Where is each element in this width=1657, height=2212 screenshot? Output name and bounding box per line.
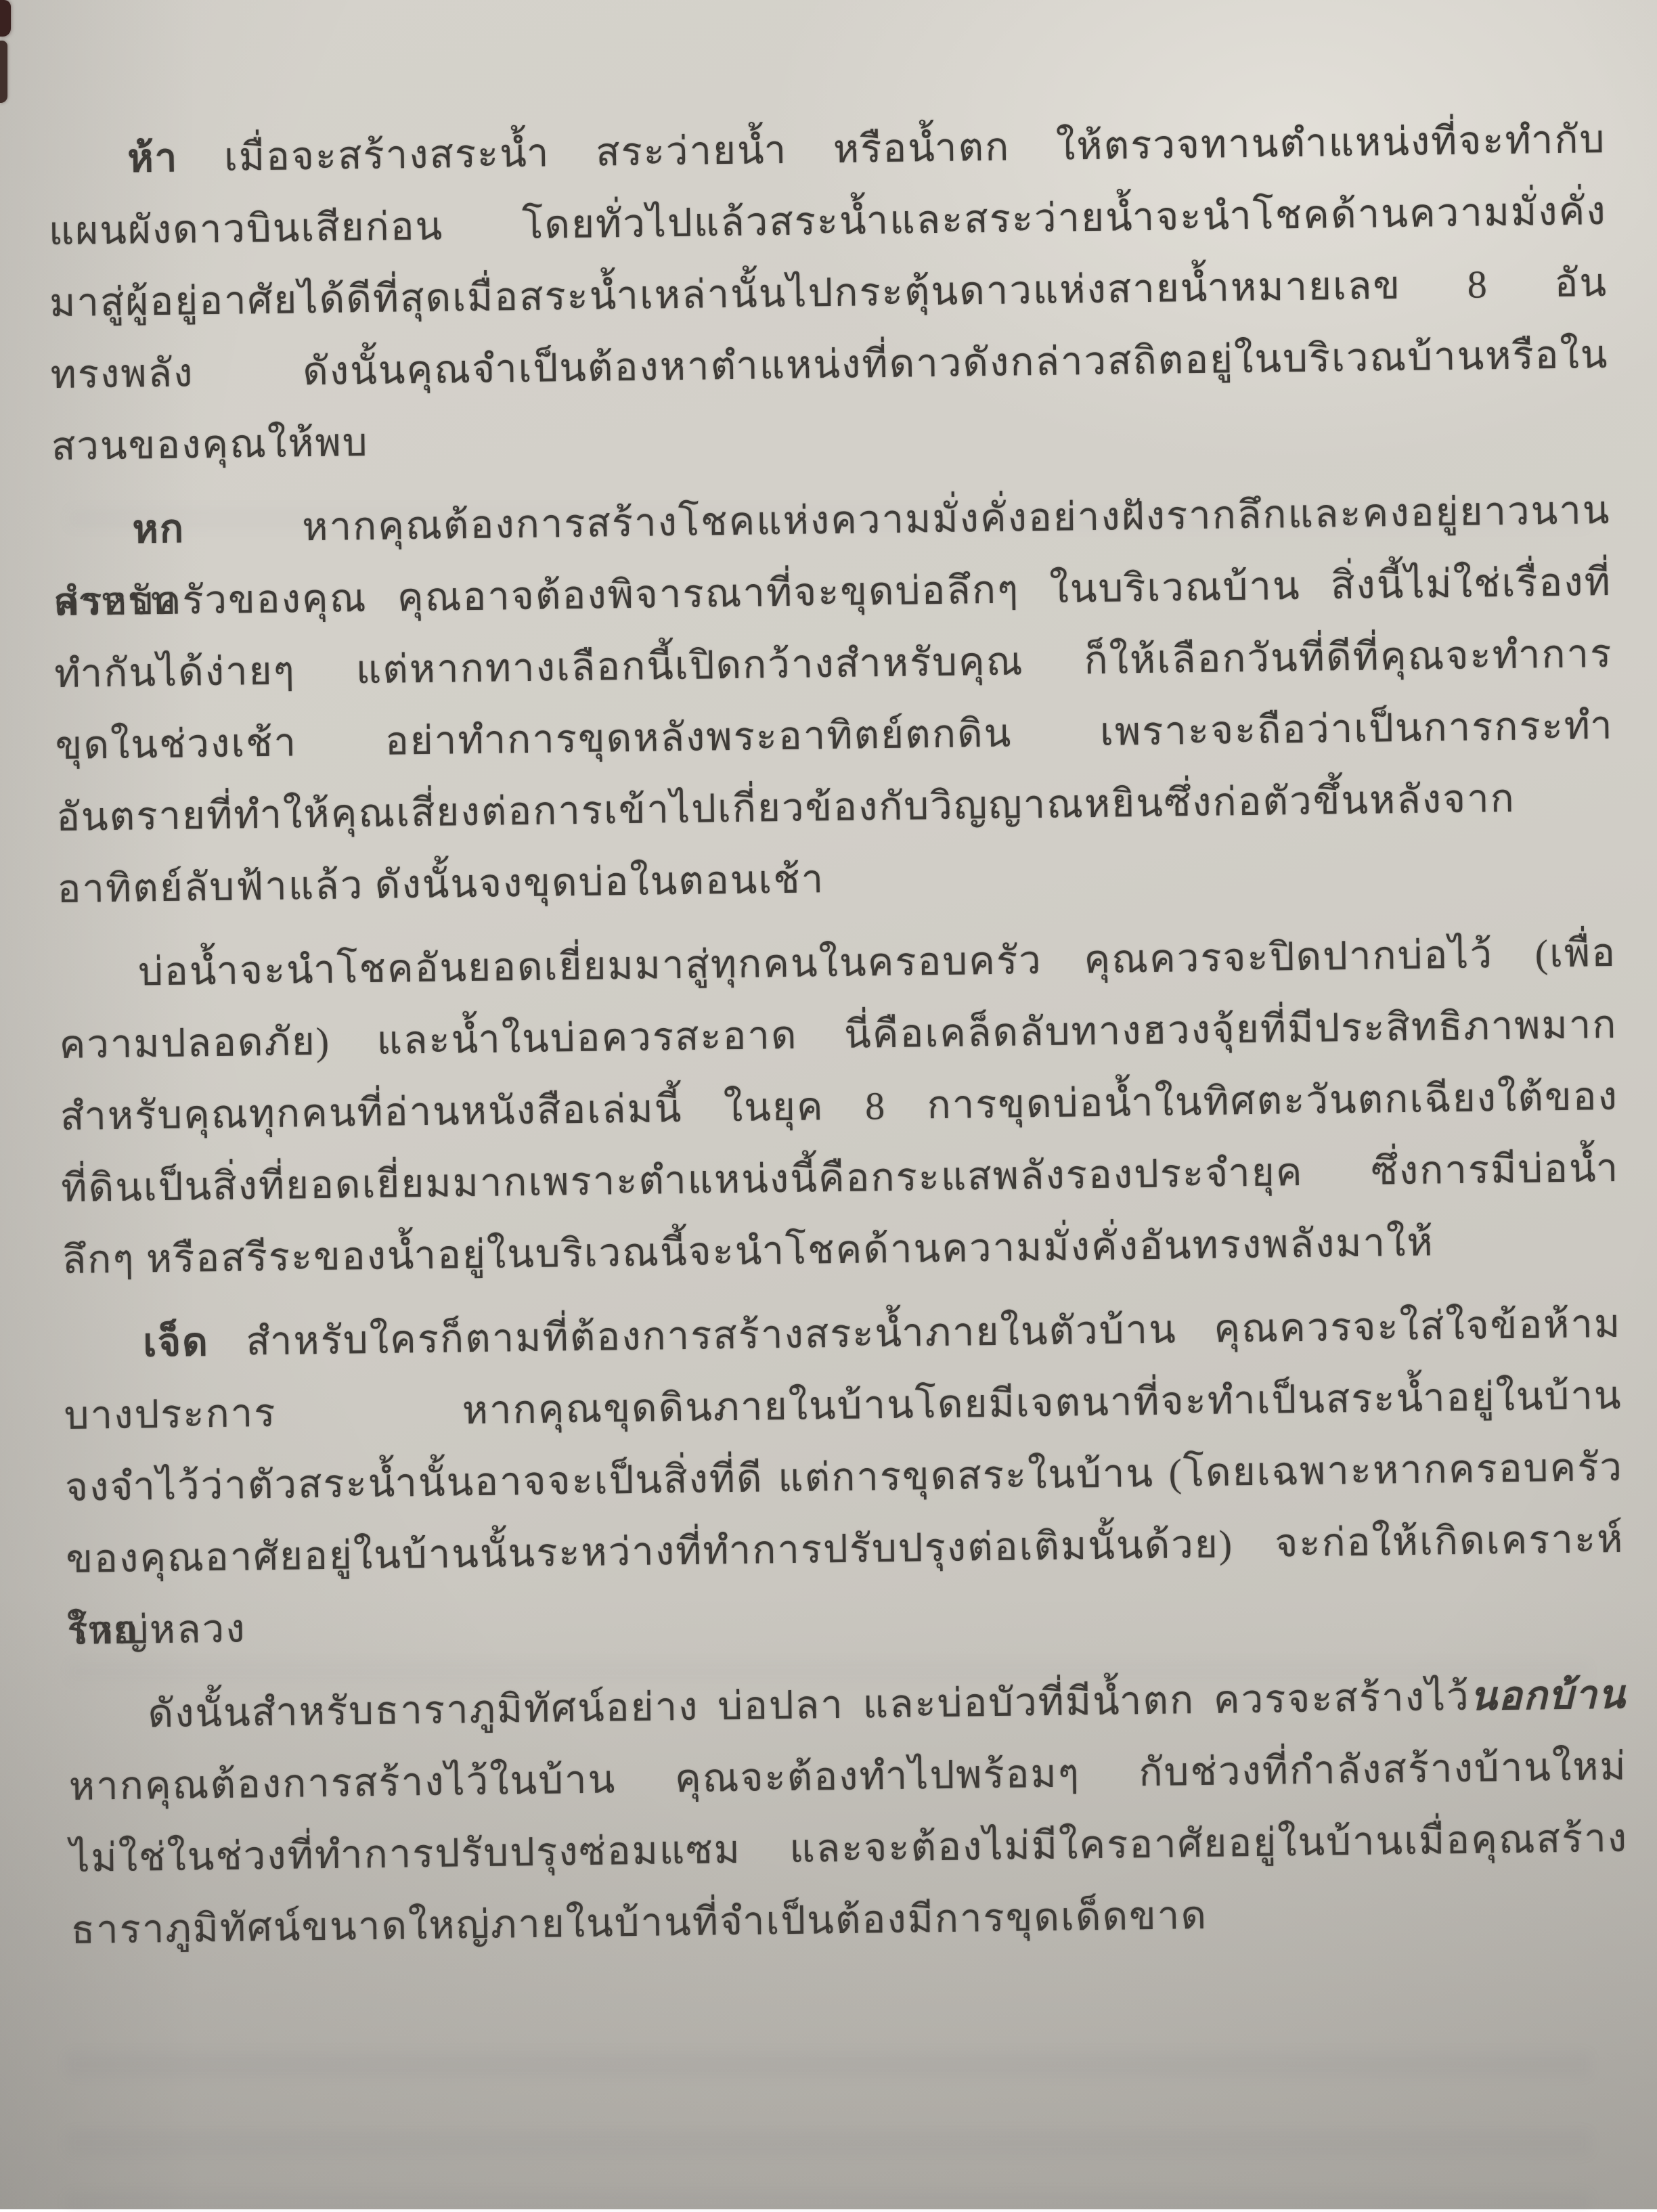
text-segment: ทำกันได้ง่ายๆ แต่หากทางเลือกนี้เปิดกว้าง… [54, 632, 1613, 696]
paragraph: เจ็ด สำหรับใครก็ตามที่ต้องการสร้างสระน้ำ… [63, 1288, 1626, 1667]
text-segment: มาสู่ผู้อยู่อาศัยได้ดีที่สุดเมื่อสระน้ำเ… [49, 261, 1608, 325]
book-page-photo: ห้า เมื่อจะสร้างสระน้ำ สระว่ายน้ำ หรือน้… [0, 0, 1657, 2209]
text-segment: บ่อน้ำจะนำโชคอันยอดเยี่ยมมาสู่ทุกคนในครอ… [138, 931, 1617, 994]
text-segment: ดังนั้นสำหรับธาราภูมิทัศน์อย่าง บ่อปลา แ… [148, 1675, 1470, 1736]
text-segment: อาทิตย์ลับฟ้าแล้ว ดังนั้นจงขุดบ่อในตอนเช… [57, 857, 824, 911]
text-segment: เมื่อจะสร้างสระน้ำ สระว่ายน้ำ หรือน้ำตก … [178, 117, 1606, 180]
bleed-through-line [66, 2192, 1591, 2209]
emphasized-text: นอกบ้าน [1470, 1673, 1626, 1719]
text-segment: ขุดในช่วงเช้า อย่าทำการขุดหลังพระอาทิตย์… [55, 703, 1614, 768]
bleed-through-line [66, 2052, 1591, 2077]
paragraph: บ่อน้ำจะนำโชคอันยอดเยี่ยมมาสู่ทุกคนในครอ… [58, 917, 1621, 1296]
binding-edge-mark [0, 0, 11, 37]
text-segment: จงจำไว้ว่าตัวสระน้ำนั้นอาจจะเป็นสิ่งที่ด… [65, 1445, 1624, 1509]
text-segment: ธาราภูมิทัศน์ขนาดใหญ่ภายในบ้านที่จำเป็นต… [70, 1893, 1208, 1952]
emphasized-text: เจ็ด [143, 1320, 209, 1365]
text-segment: บางประการ หากคุณขุดดินภายในบ้านโดยมีเจตน… [64, 1373, 1622, 1438]
paragraph: ห้า เมื่อจะสร้างสระน้ำ สระว่ายน้ำ หรือน้… [47, 104, 1610, 483]
text-segment: ความปลอดภัย) และน้ำในบ่อควรสะอาด นี่คือเ… [59, 1002, 1618, 1067]
emphasized-text: ห้า [127, 136, 179, 181]
paragraph: ดังนั้นสำหรับธาราภูมิทัศน์อย่าง บ่อปลา แ… [68, 1659, 1629, 1966]
text-segment: สำหรับใครก็ตามที่ต้องการสร้างสระน้ำภายใน… [208, 1302, 1621, 1364]
text-segment: ทรงพลัง ดังนั้นคุณจำเป็นต้องหาตำแหน่งที่… [50, 332, 1609, 397]
text-segment: สำหรับคุณทุกคนที่อ่านหนังสือเล่มนี้ ในยุ… [60, 1074, 1619, 1138]
text-segment: ครอบครัวของคุณ คุณอาจต้องพิจารณาที่จะขุด… [53, 560, 1612, 624]
text-segment: หากคุณต้องการสร้างไว้ในบ้าน คุณจะต้องทำไ… [69, 1744, 1628, 1809]
text-segment: แผนผังดาวบินเสียก่อน โดยทั่วไปแล้วสระน้ำ… [48, 189, 1607, 253]
text-segment: สวนของคุณให้พบ [51, 420, 369, 468]
paragraph: หก หากคุณต้องการสร้างโชคแห่งความมั่งคั่ง… [52, 474, 1616, 925]
text-segment: ไม่ใช่ในช่วงที่ทำการปรับปรุงซ่อมแซม และจ… [70, 1816, 1629, 1880]
page-text: ห้า เมื่อจะสร้างสระน้ำ สระว่ายน้ำ หรือน้… [47, 104, 1629, 1966]
emphasized-text: หก [132, 507, 185, 552]
bleed-through-line [66, 2131, 1591, 2155]
text-segment: อันตรายที่ทำให้คุณเสี่ยงต่อการเข้าไปเกี่… [56, 776, 1516, 839]
text-segment: ใหญ่หลวง [66, 1607, 246, 1653]
binding-edge-mark [0, 41, 7, 103]
text-segment: ที่ดินเป็นสิ่งที่ยอดเยี่ยมมากเพราะตำแหน่… [61, 1146, 1620, 1210]
text-segment: ลึกๆ หรือสรีระของน้ำอยู่ในบริเวณนี้จะนำโ… [62, 1220, 1434, 1282]
